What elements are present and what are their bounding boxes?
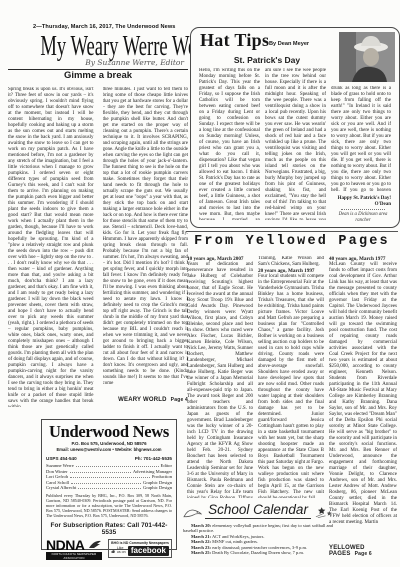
newspaper-address: P.O. Box 575, Underwood, ND 58576 — [46, 441, 172, 446]
staff-list: Suzanne WerreEditor Don WinterAdvertisin… — [46, 463, 172, 491]
calendar-item: March 20: elementary volleyball practice… — [183, 523, 333, 534]
ndna-logo: NDNA NORTH DAKOTA NEWSPAPER ASSOCIATION — [46, 539, 102, 560]
facebook-wordmark: facebook — [128, 546, 169, 556]
hat-tips-byline: By Dean Meyer — [269, 41, 309, 47]
subscription-line: For Subscription Rates: Call 701-442-553… — [46, 522, 172, 536]
yellowed-column-3: 40 years ago, March 1977 McLean County w… — [329, 256, 397, 538]
masthead-info-box: Underwood News P.O. Box 575, Underwood, … — [41, 419, 177, 550]
staff-row: Crystal AlbrechtGraphic Design — [46, 485, 172, 491]
weary-werre-column: My Weary Werre World By Suzanne Werre, E… — [8, 31, 188, 407]
hat-tips-column-2: am sure I see the wee people in the tree… — [265, 68, 326, 220]
facebook-badge: BHG is ND Community Newspapers Like us o… — [108, 539, 172, 558]
phone-number: Ph: 701-442-5535 — [135, 456, 172, 461]
thumbs-up-icon — [111, 547, 115, 555]
newspaper-name: Underwood News — [46, 423, 172, 440]
hat-tips-box: Hat Tips By Dean Meyer St. Patrick's Day… — [190, 27, 400, 228]
signoff-divider — [341, 209, 385, 210]
school-calendar-title: School Calendar — [205, 502, 311, 519]
jump-line-weary: WEARY WORLDPage 4 — [103, 397, 189, 403]
usps-number: USPS 454-540 — [46, 456, 77, 461]
eagle-sketch-icon — [183, 506, 202, 519]
school-calendar-list: March 20: elementary volleyball practice… — [183, 523, 333, 555]
hat-tips-signoff: Happy St. Patrick's Day! O'Dean — [333, 196, 391, 208]
article-headline: Gimme a break — [8, 70, 188, 81]
publication-notice: Published every Thursday by BHG, Inc., P… — [46, 494, 172, 519]
hat-tips-headline: St. Patrick's Day — [203, 55, 331, 65]
school-calendar-banner: School Calendar — [183, 502, 335, 519]
eagle-icon — [88, 540, 102, 549]
columnist-photo — [339, 32, 395, 82]
article-column-2: three minutes. I just want to tell them … — [103, 87, 189, 407]
calendar-item: March 25: Death By Chocolate, Dazzling D… — [183, 550, 333, 555]
jump-line-yellowed: YELLOWED PAGESPage 6 — [329, 545, 397, 557]
hat-tips-column-1: Hello, I'm writing this on the Monday mo… — [199, 68, 260, 220]
newspaper-page: 2—Thursday, March 16, 2017, The Underwoo… — [0, 0, 400, 567]
article-body: Spring break is upon us. It's obvious, i… — [8, 87, 188, 407]
yellowed-pages-rule — [186, 231, 398, 232]
cowboy-hat-portrait-icon — [339, 32, 395, 82]
hat-tips-credit: Dean is a Dickinson area rancher — [333, 212, 393, 223]
hat-tips-column-3: drunk as long as there is a blade of gra… — [331, 86, 391, 194]
yellowed-column-2: Training, Katie Wilson and Sam's Chicken… — [258, 256, 324, 498]
hat-tips-title: Hat Tips — [200, 30, 269, 51]
article-column-1: Spring break is upon us. It's obvious, i… — [8, 87, 94, 407]
star-burst-icon — [314, 504, 335, 519]
newspaper-contact: Email: unews@westriv.com • Website: bhgn… — [46, 447, 172, 452]
column-masthead: My Weary Werre World — [40, 31, 155, 61]
yellowed-column-1: 10 years ago, March 2007 Years of dedica… — [187, 256, 253, 498]
yellowed-pages-banner: From Yellowed Pages — [186, 234, 398, 249]
